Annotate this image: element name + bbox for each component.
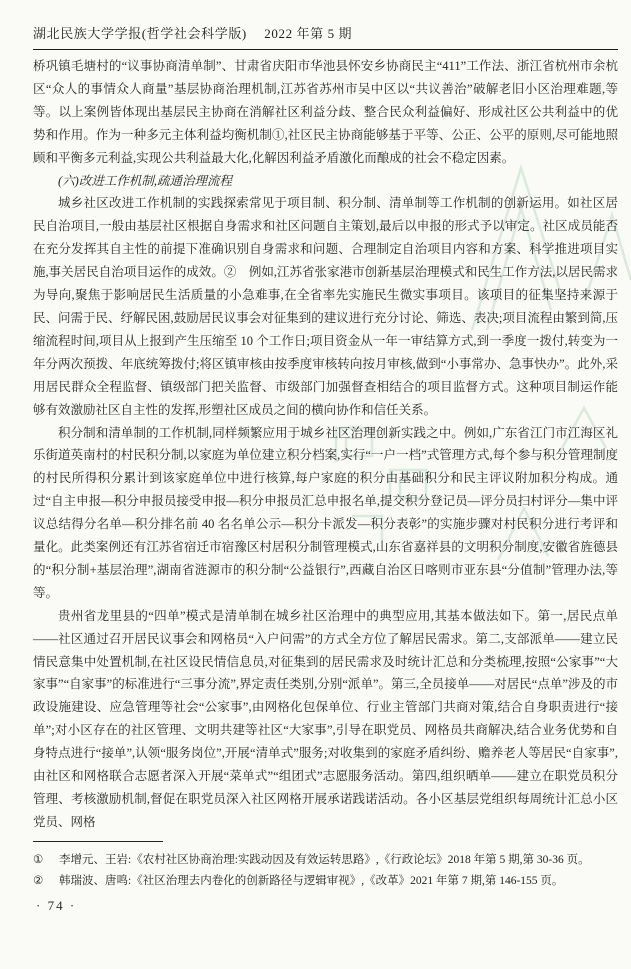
- footnote-area: ① 李增元、王岩:《农村社区协商治理:实践动因及有效运转思路》,《行政论坛》20…: [33, 841, 618, 893]
- section-heading: (六)改进工作机制,疏通治理流程: [33, 170, 618, 193]
- footnote-1-marker: ①: [33, 850, 59, 872]
- page-number: · 74 ·: [36, 898, 631, 914]
- paragraph-continuation: 桥巩镇毛塘村的“议事协商清单制”、甘肃省庆阳市华池县怀安乡协商民主“411”工作…: [33, 55, 618, 170]
- footnote-1: ① 李增元、王岩:《农村社区协商治理:实践动因及有效运转思路》,《行政论坛》20…: [33, 850, 618, 872]
- footnote-1-text: 李增元、王岩:《农村社区协商治理:实践动因及有效运转思路》,《行政论坛》2018…: [59, 850, 618, 872]
- paragraph-project-system: 城乡社区改进工作机制的实践探索常见于项目制、积分制、清单制等工作机制的创新运用。…: [33, 192, 618, 421]
- footnote-2-text: 韩瑞波、唐鸣:《社区治理去内卷化的创新路径与逻辑审视》,《改革》2021 年第 …: [59, 871, 618, 893]
- footnote-2: ② 韩瑞波、唐鸣:《社区治理去内卷化的创新路径与逻辑审视》,《改革》2021 年…: [33, 871, 618, 893]
- journal-page: 湖北民族大学学报(哲学社会科学版) 2022 年第 5 期 桥巩镇毛塘村的“议事…: [0, 0, 631, 969]
- paragraph-four-lists: 贵州省龙里县的“四单”模式是清单制在城乡社区治理中的典型应用,其基本做法如下。第…: [33, 605, 618, 834]
- paragraph-points-system: 积分制和清单制的工作机制,同样频繁应用于城乡社区治理创新实践之中。例如,广东省江…: [33, 422, 618, 605]
- journal-header-line: 湖北民族大学学报(哲学社会科学版) 2022 年第 5 期: [33, 0, 618, 50]
- footnote-2-marker: ②: [33, 871, 59, 893]
- journal-title-and-issue: 湖北民族大学学报(哲学社会科学版) 2022 年第 5 期: [33, 26, 352, 41]
- footnote-separator-rule: [33, 841, 163, 842]
- article-body: 桥巩镇毛塘村的“议事协商清单制”、甘肃省庆阳市华池县怀安乡协商民主“411”工作…: [33, 55, 618, 834]
